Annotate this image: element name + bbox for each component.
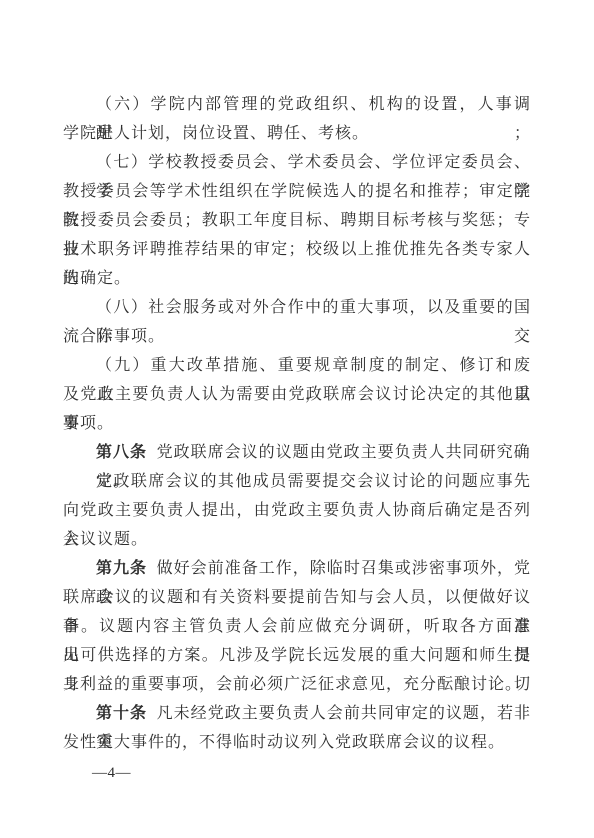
- text-line: （七）学校教授委员会、学术委员会、学位评定委员会、学院: [63, 148, 531, 177]
- text-line: （九）重大改革措施、重要规章制度的制定、修订和废止，以: [63, 351, 531, 380]
- text-line: 党政联席会议的其他成员需要提交会议讨论的问题应事先: [63, 467, 531, 496]
- text-line: 第十条凡未经党政主要负责人会前共同审定的议题，若非突: [63, 699, 531, 728]
- text-line: 的确定。: [63, 264, 531, 293]
- article-number: 第九条: [96, 560, 157, 577]
- text-line: 联席会议的议题和有关资料要提前告知与会人员，以便做好议事准: [63, 583, 531, 612]
- line-text: 会议议题。: [63, 531, 148, 548]
- text-line: 事项。: [63, 409, 531, 438]
- text-line: 第九条做好会前准备工作，除临时召集或涉密事项外，党政: [63, 554, 531, 583]
- text-line: 会议议题。: [63, 525, 531, 554]
- text-line: 教授委员会委员；教职工年度目标、聘期目标考核与奖惩；专业: [63, 206, 531, 235]
- text-line: 出可供选择的方案。凡涉及学院长远发展的重大问题和师生员工切: [63, 641, 531, 670]
- line-text: 流合作事项。: [63, 328, 165, 345]
- document-page: （六）学院内部管理的党政组织、机构的设置，人事调配； 学院进人计划，岗位设置、聘…: [0, 0, 594, 838]
- line-text: 身利益的重要事项，会前必须广泛征求意见，充分酝酿讨论。: [63, 676, 522, 693]
- text-line: （六）学院内部管理的党政组织、机构的设置，人事调配；: [63, 90, 531, 119]
- text-line: 及党政主要负责人认为需要由党政联席会议讨论决定的其他重要: [63, 380, 531, 409]
- text-line: 备。议题内容主管负责人会前应做充分调研，听取各方面意见，提: [63, 612, 531, 641]
- text-line: 身利益的重要事项，会前必须广泛征求意见，充分酝酿讨论。: [63, 670, 531, 699]
- line-text: 党政联席会议的其他成员需要提交会议讨论的问题应事先: [96, 473, 531, 490]
- text-line: 发性重大事件的，不得临时动议列入党政联席会议的议程。: [63, 728, 531, 757]
- document-body: （六）学院内部管理的党政组织、机构的设置，人事调配； 学院进人计划，岗位设置、聘…: [63, 90, 531, 757]
- text-line: 向党政主要负责人提出，由党政主要负责人协商后确定是否列入: [63, 496, 531, 525]
- article-number: 第八条: [96, 444, 157, 461]
- text-line: 技术职务评聘推荐结果的审定；校级以上推优推先各类专家人选: [63, 235, 531, 264]
- line-text: 的确定。: [63, 270, 131, 287]
- text-line: 教授委员会等学术性组织在学院候选人的提名和推荐；审定学院: [63, 177, 531, 206]
- page-number: —4—: [92, 762, 131, 784]
- line-text: 发性重大事件的，不得临时动议列入党政联席会议的议程。: [63, 734, 505, 751]
- text-line: 第八条党政联席会议的议题由党政主要负责人共同研究确定。: [63, 438, 531, 467]
- article-number: 第十条: [96, 705, 157, 722]
- line-text: 事项。: [63, 415, 114, 432]
- line-text: 学院进人计划，岗位设置、聘任、考核。: [63, 125, 369, 142]
- text-line: （八）社会服务或对外合作中的重大事项，以及重要的国际交: [63, 293, 531, 322]
